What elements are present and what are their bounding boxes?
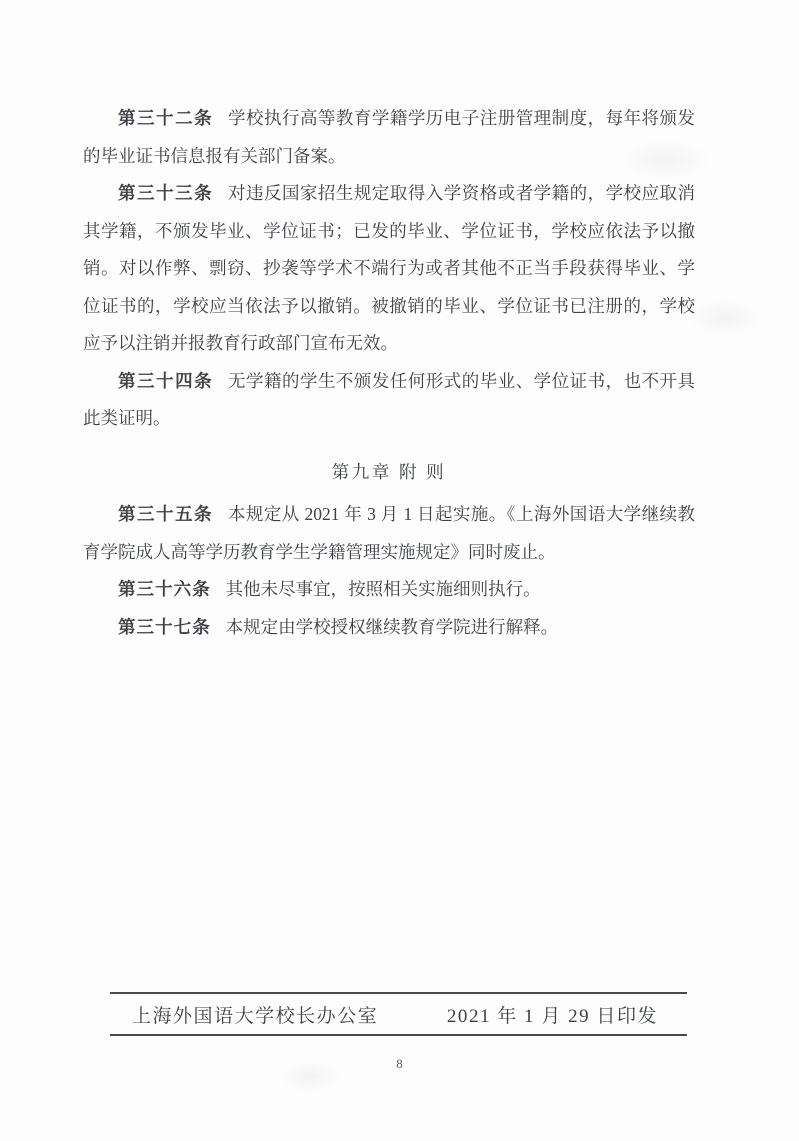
article-number: 第三十六条: [118, 579, 211, 599]
document-page: 第三十二条学校执行高等教育学籍学历电子注册管理制度，每年将颁发的毕业证书信息报有…: [0, 0, 799, 1141]
article-paragraph-36: 第三十六条其他未尽事宜，按照相关实施细则执行。: [83, 571, 695, 609]
page-number: 8: [0, 1056, 799, 1072]
article-paragraph-37: 第三十七条本规定由学校授权继续教育学院进行解释。: [83, 609, 695, 647]
article-paragraph-34: 第三十四条无学籍的学生不颁发任何形式的毕业、学位证书，也不开具此类证明。: [83, 363, 695, 438]
article-text: 本规定由学校授权继续教育学院进行解释。: [226, 617, 559, 637]
article-number: 第三十七条: [118, 617, 211, 637]
article-number: 第三十五条: [118, 504, 213, 524]
article-number: 第三十三条: [118, 183, 213, 203]
issue-date: 2021 年 1 月 29 日印发: [447, 1001, 658, 1028]
article-text: 其他未尽事宜，按照相关实施细则执行。: [226, 579, 541, 599]
article-paragraph-35: 第三十五条本规定从 2021 年 3 月 1 日起实施。《上海外国语大学继续教育…: [83, 496, 695, 571]
article-paragraph-32: 第三十二条学校执行高等教育学籍学历电子注册管理制度，每年将颁发的毕业证书信息报有…: [83, 100, 695, 175]
article-paragraph-33: 第三十三条对违反国家招生规定取得入学资格或者学籍的，学校应取消其学籍，不颁发毕业…: [83, 175, 695, 363]
article-number: 第三十四条: [118, 371, 213, 391]
issuing-office: 上海外国语大学校长办公室: [132, 1001, 378, 1028]
issuance-footer: 上海外国语大学校长办公室 2021 年 1 月 29 日印发: [110, 992, 687, 1036]
article-text: 对违反国家招生规定取得入学资格或者学籍的，学校应取消其学籍，不颁发毕业、学位证书…: [83, 183, 695, 353]
document-body: 第三十二条学校执行高等教育学籍学历电子注册管理制度，每年将颁发的毕业证书信息报有…: [83, 100, 695, 646]
chapter-heading: 第九章 附 则: [83, 454, 695, 492]
article-number: 第三十二条: [118, 108, 213, 128]
scan-artifact: [690, 300, 760, 336]
